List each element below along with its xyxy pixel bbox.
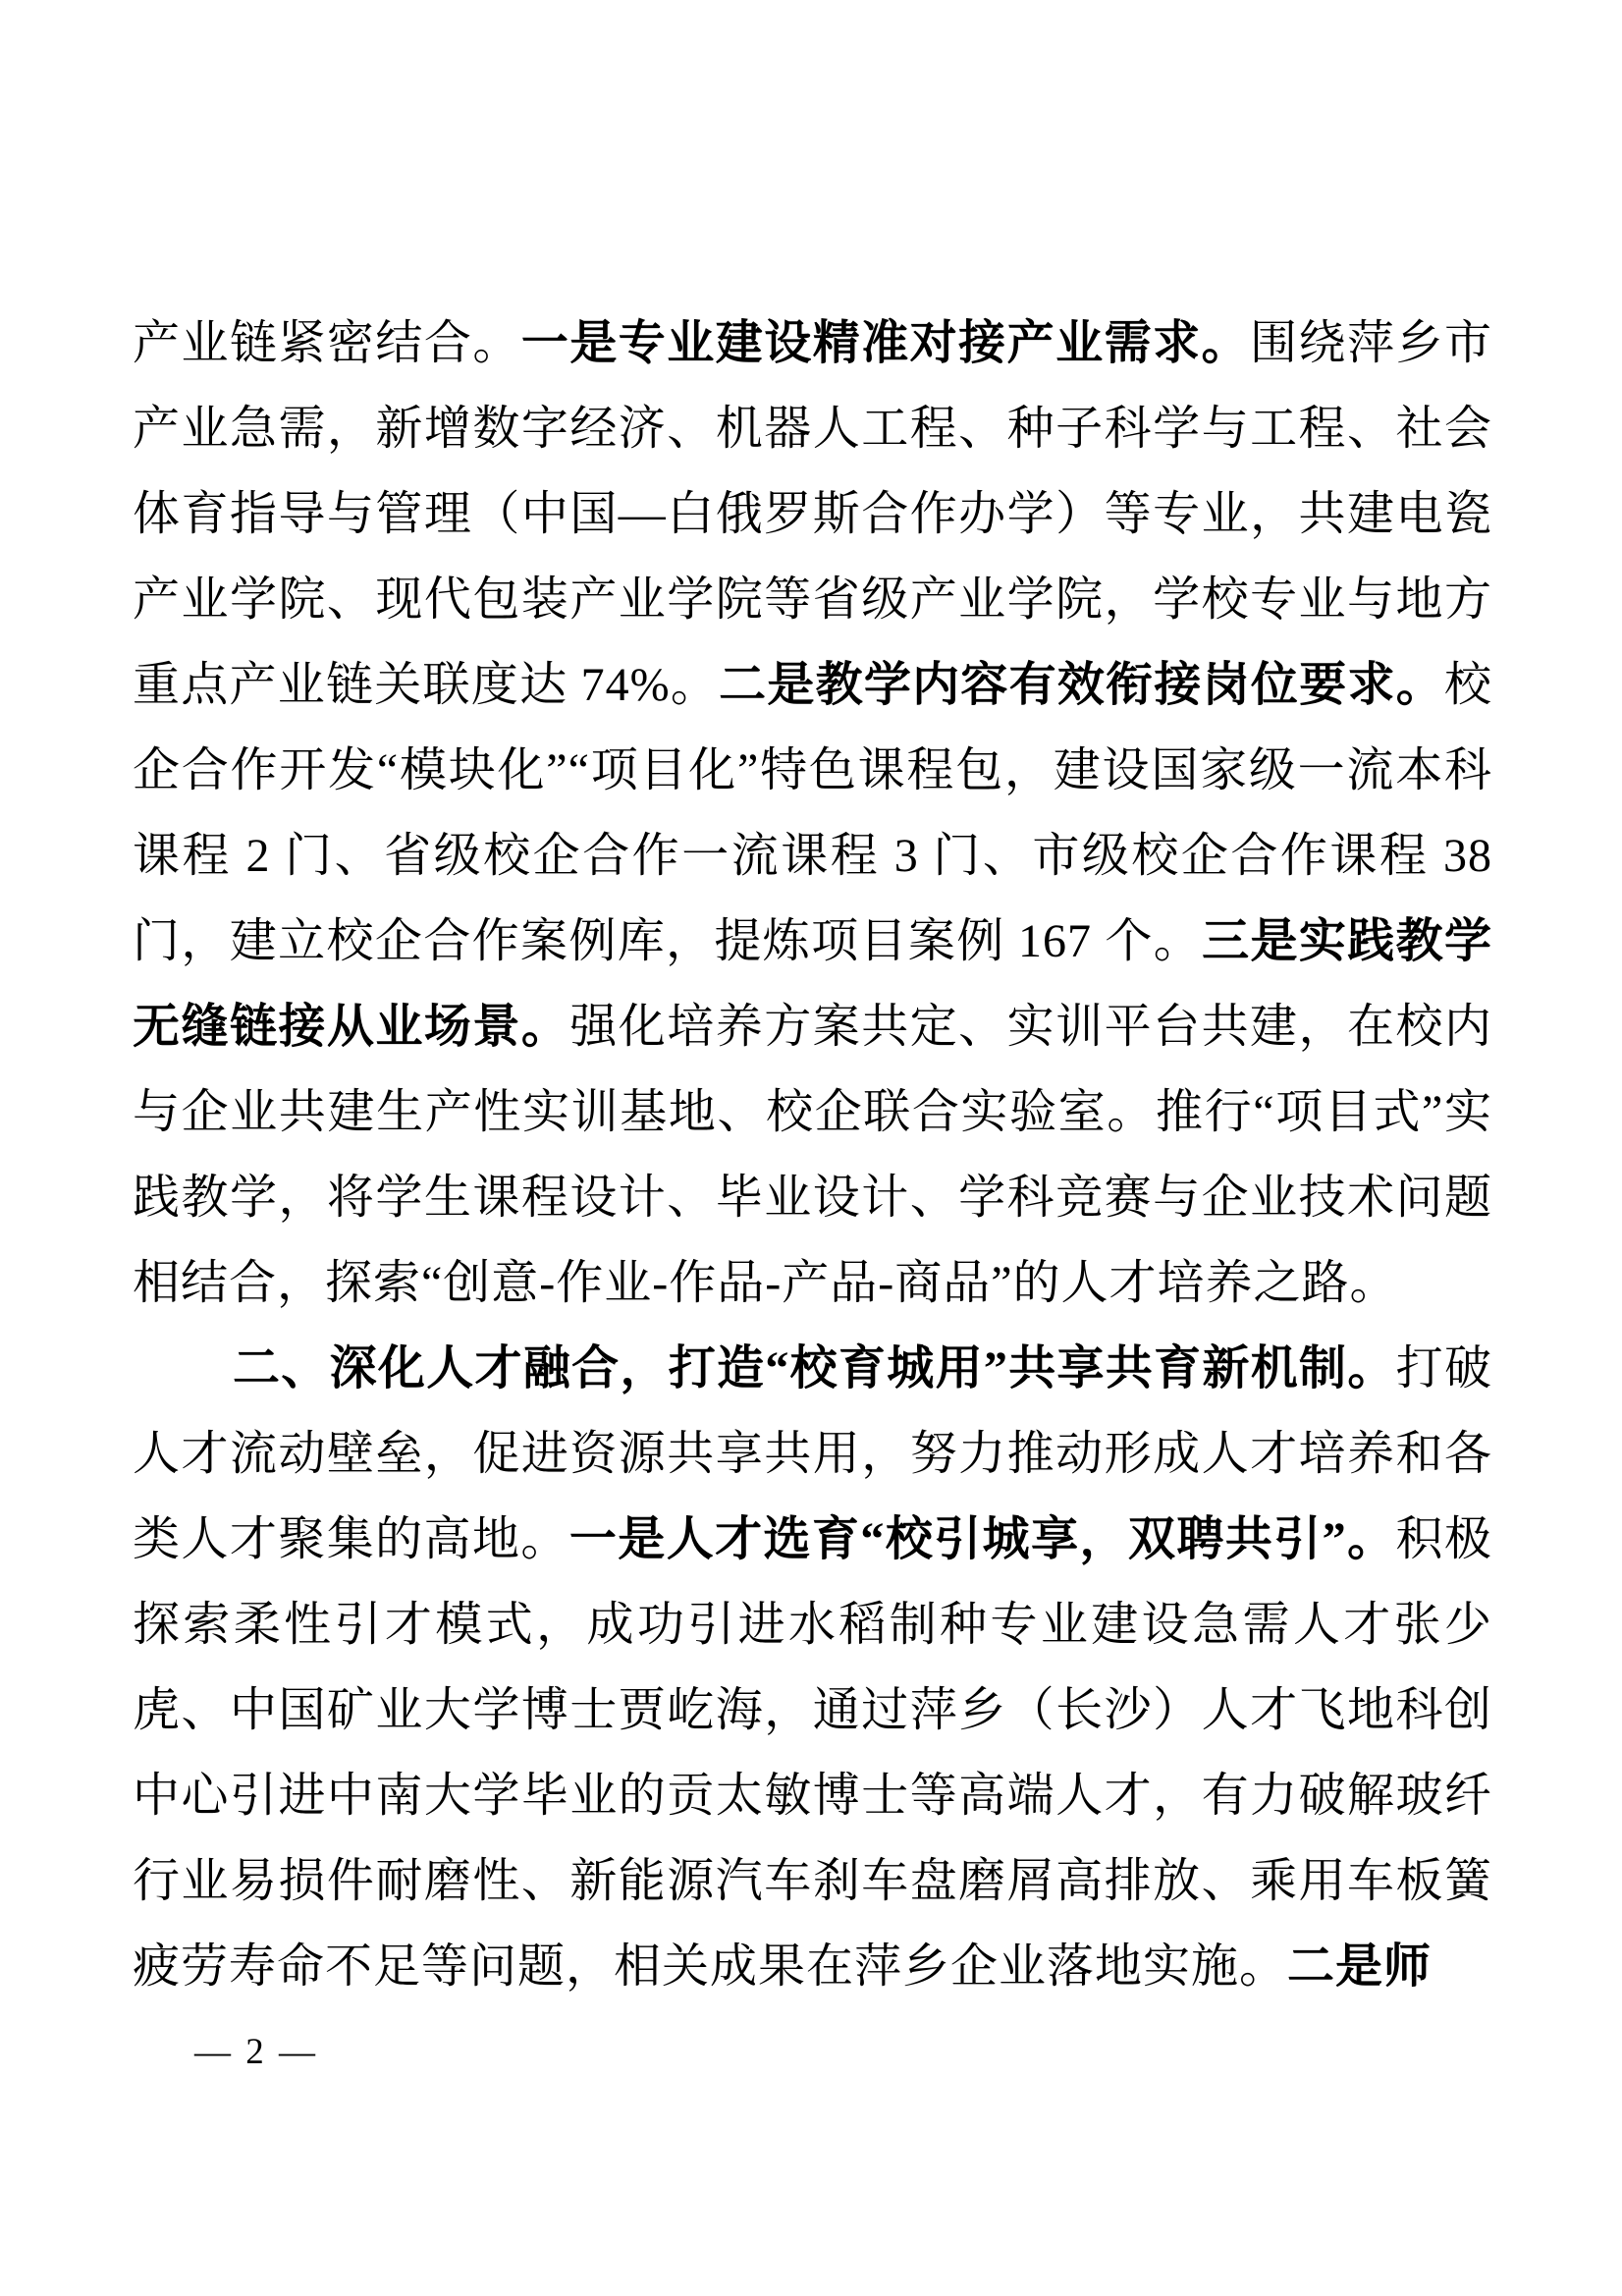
emphasis-run: 二是教学内容有效衔接岗位要求。 — [719, 659, 1444, 711]
paragraph: 二、深化人才融合，打造“校育城用”共享共育新机制。打破人才流动壁垒，促进资源共享… — [133, 1326, 1492, 2009]
text-run: 积极探索柔性引才模式，成功引进水稻制种专业建设急需人才张少虎、中国矿业大学博士贾… — [133, 1513, 1492, 1993]
text-run: 产业链紧密结合。 — [133, 317, 521, 369]
emphasis-run: 一是人才选育“校引城享，双聘共引”。 — [569, 1513, 1396, 1565]
paragraph: 产业链紧密结合。一是专业建设精准对接产业需求。围绕萍乡市产业急需，新增数字经济、… — [133, 301, 1492, 1326]
text-run: 围绕萍乡市产业急需，新增数字经济、机器人工程、种子科学与工程、社会体育指导与管理… — [133, 317, 1492, 711]
emphasis-run: 一是专业建设精准对接产业需求。 — [521, 317, 1250, 369]
document-page: 产业链紧密结合。一是专业建设精准对接产业需求。围绕萍乡市产业急需，新增数字经济、… — [0, 0, 1622, 2296]
document-body: 产业链紧密结合。一是专业建设精准对接产业需求。围绕萍乡市产业急需，新增数字经济、… — [133, 301, 1492, 2009]
emphasis-run: 二是师 — [1287, 1941, 1432, 1993]
page-number: — 2 — — [194, 2033, 318, 2072]
emphasis-run: 二、深化人才融合，打造“校育城用”共享共育新机制。 — [233, 1342, 1396, 1394]
